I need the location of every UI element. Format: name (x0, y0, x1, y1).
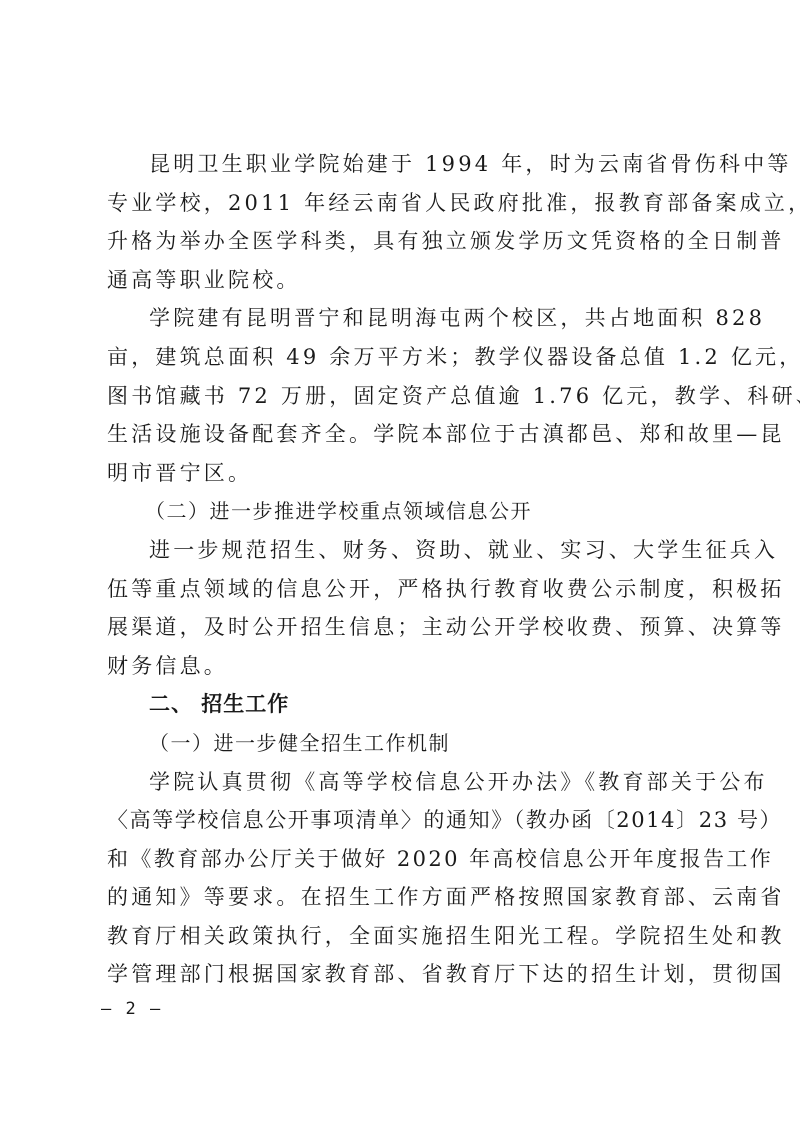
text-line: 学管理部门根据国家教育部、省教育厅下达的招生计划，贯彻国 (107, 955, 711, 994)
text-line: 升格为举办全医学科类，具有独立颁发学历文凭资格的全日制普 (107, 222, 711, 261)
text-line: 进一步规范招生、财务、资助、就业、实习、大学生征兵入 (107, 531, 711, 570)
paragraph-enrollment: 学院认真贯彻《高等学校信息公开办法》《教育部关于公布 〈高等学校信息公开事项清单… (107, 763, 711, 995)
text-line: 教育厅相关政策执行，全面实施招生阳光工程。学院招生处和教 (107, 917, 711, 956)
text-line: 学院建有昆明晋宁和昆明海屯两个校区，共占地面积 828 (107, 299, 711, 338)
text-line: 财务信息。 (107, 647, 711, 686)
page-number: — 2 — (101, 999, 162, 1019)
paragraph-history: 昆明卫生职业学院始建于 1994 年，时为云南省骨伤科中等 专业学校，2011 … (107, 145, 711, 299)
text-line: 明市晋宁区。 (107, 454, 711, 493)
document-page: 昆明卫生职业学院始建于 1994 年，时为云南省骨伤科中等 专业学校，2011 … (107, 145, 711, 994)
text-line: 〈高等学校信息公开事项清单〉的通知》（教办函〔2014〕23 号） (107, 801, 711, 840)
section-subheading: （二）进一步推进学校重点领域信息公开 (107, 492, 711, 531)
paragraph-campus: 学院建有昆明晋宁和昆明海屯两个校区，共占地面积 828 亩，建筑总面积 49 余… (107, 299, 711, 492)
text-line: 图书馆藏书 72 万册，固定资产总值逾 1.76 亿元，教学、科研、 (107, 377, 711, 416)
text-line: 通高等职业院校。 (107, 261, 711, 300)
text-line: 伍等重点领域的信息公开，严格执行教育收费公示制度，积极拓 (107, 570, 711, 609)
paragraph-key-areas: 进一步规范招生、财务、资助、就业、实习、大学生征兵入 伍等重点领域的信息公开，严… (107, 531, 711, 685)
text-line: 亩，建筑总面积 49 余万平方米；教学仪器设备总值 1.2 亿元， (107, 338, 711, 377)
text-line: 和《教育部办公厅关于做好 2020 年高校信息公开年度报告工作 (107, 840, 711, 879)
text-line: 生活设施设备配套齐全。学院本部位于古滇都邑、郑和故里—昆 (107, 415, 711, 454)
section-heading: 二、 招生工作 (107, 685, 711, 724)
text-line: 展渠道，及时公开招生信息；主动公开学校收费、预算、决算等 (107, 608, 711, 647)
text-line: 昆明卫生职业学院始建于 1994 年，时为云南省骨伤科中等 (107, 145, 711, 184)
text-line: 专业学校，2011 年经云南省人民政府批准，报教育部备案成立， (107, 184, 711, 223)
text-line: 的通知》等要求。在招生工作方面严格按照国家教育部、云南省 (107, 878, 711, 917)
text-line: 学院认真贯彻《高等学校信息公开办法》《教育部关于公布 (107, 763, 711, 802)
section-subheading: （一）进一步健全招生工作机制 (107, 724, 711, 763)
